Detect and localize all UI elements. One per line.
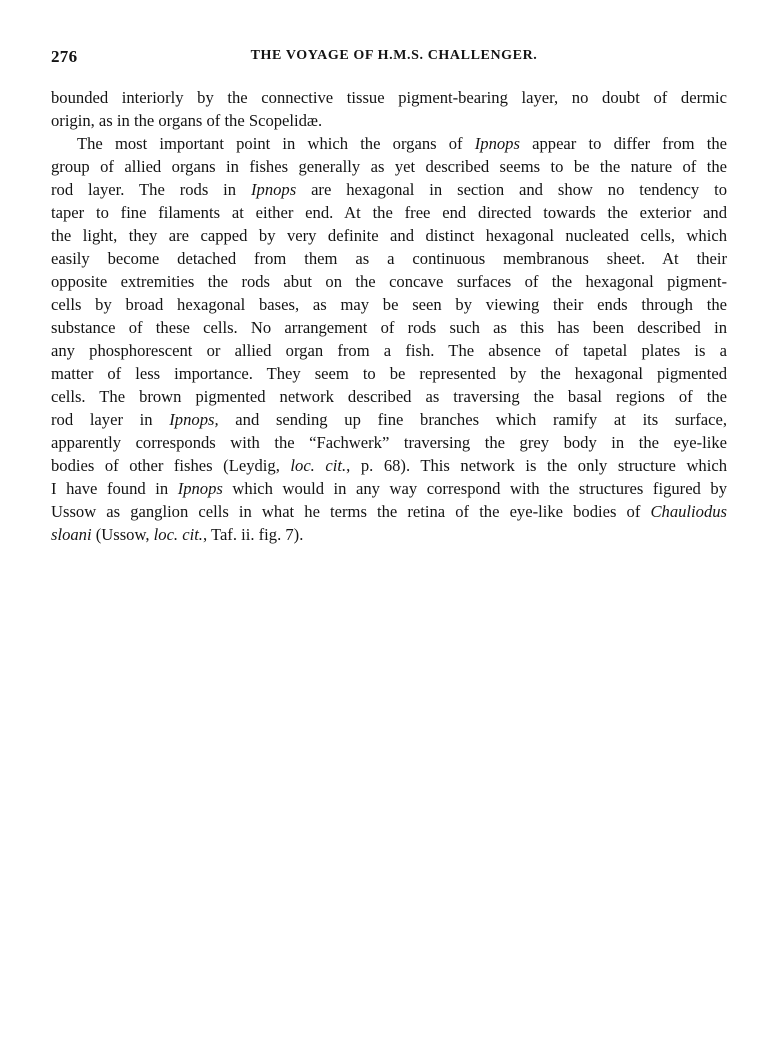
text-segment: rod layer in: [51, 410, 169, 429]
running-title: THE VOYAGE OF H.M.S. CHALLENGER.: [51, 48, 727, 64]
italic-term: loc. cit.: [154, 525, 203, 544]
text-segment: matter of less importance. They seem to …: [51, 364, 727, 383]
text-line: cells by broad hexagonal bases, as may b…: [51, 293, 727, 316]
document-page: 276 THE VOYAGE OF H.M.S. CHALLENGER. bou…: [51, 44, 727, 546]
text-segment: , p. 68). This network is the only struc…: [346, 456, 727, 475]
text-segment: origin, as in the organs of the Scopelid…: [51, 111, 322, 130]
page-header: 276 THE VOYAGE OF H.M.S. CHALLENGER.: [51, 44, 727, 72]
text-segment: are hexagonal in section and show no ten…: [296, 180, 727, 199]
text-line: the light, they are capped by very defin…: [51, 224, 727, 247]
text-segment: which would in any way correspond with t…: [223, 479, 727, 498]
text-segment: cells. The brown pigmented network descr…: [51, 387, 727, 406]
paragraph: The most important point in which the or…: [51, 132, 727, 546]
text-segment: cells by broad hexagonal bases, as may b…: [51, 295, 727, 314]
paragraph: bounded interiorly by the connective tis…: [51, 86, 727, 132]
text-line: matter of less importance. They seem to …: [51, 362, 727, 385]
italic-term: Ipnops: [178, 479, 223, 498]
text-segment: rod layer. The rods in: [51, 180, 251, 199]
italic-term: Ipnops: [475, 134, 520, 153]
text-segment: and sending up fine branches which ramif…: [219, 410, 727, 429]
text-segment: the light, they are capped by very defin…: [51, 226, 727, 245]
text-line: group of allied organs in fishes general…: [51, 155, 727, 178]
text-line: rod layer. The rods in Ipnops are hexago…: [51, 178, 727, 201]
text-line: bodies of other fishes (Leydig, loc. cit…: [51, 454, 727, 477]
text-segment: apparently corresponds with the “Fachwer…: [51, 433, 727, 452]
text-line: sloani (Ussow, loc. cit., Taf. ii. fig. …: [51, 523, 727, 546]
text-segment: group of allied organs in fishes general…: [51, 157, 727, 176]
text-line: rod layer in Ipnops, and sending up fine…: [51, 408, 727, 431]
text-line: cells. The brown pigmented network descr…: [51, 385, 727, 408]
text-segment: The most important point in which the or…: [77, 134, 475, 153]
text-segment: appear to differ from the: [520, 134, 727, 153]
text-line: taper to fine filaments at either end. A…: [51, 201, 727, 224]
text-segment: I have found in: [51, 479, 178, 498]
italic-term: Chauliodus: [650, 502, 727, 521]
text-segment: Ussow as ganglion cells in what he terms…: [51, 502, 650, 521]
text-line: apparently corresponds with the “Fachwer…: [51, 431, 727, 454]
body-text: bounded interiorly by the connective tis…: [51, 86, 727, 546]
text-line: The most important point in which the or…: [51, 132, 727, 155]
text-segment: (Ussow,: [92, 525, 154, 544]
text-segment: easily become detached from them as a co…: [51, 249, 727, 268]
italic-term: Ipnops: [251, 180, 296, 199]
text-line: substance of these cells. No arrangement…: [51, 316, 727, 339]
text-line: bounded interiorly by the connective tis…: [51, 86, 727, 109]
italic-term: Ipnops,: [169, 410, 218, 429]
text-segment: bounded interiorly by the connective tis…: [51, 88, 727, 107]
text-line: Ussow as ganglion cells in what he terms…: [51, 500, 727, 523]
text-line: origin, as in the organs of the Scopelid…: [51, 109, 727, 132]
italic-term: loc. cit.: [290, 456, 346, 475]
text-segment: taper to fine filaments at either end. A…: [51, 203, 727, 222]
text-segment: bodies of other fishes (Leydig,: [51, 456, 290, 475]
text-line: I have found in Ipnops which would in an…: [51, 477, 727, 500]
text-line: opposite extremities the rods abut on th…: [51, 270, 727, 293]
text-segment: any phosphorescent or allied organ from …: [51, 341, 727, 360]
text-segment: substance of these cells. No arrangement…: [51, 318, 727, 337]
italic-term: sloani: [51, 525, 92, 544]
text-segment: opposite extremities the rods abut on th…: [51, 272, 727, 291]
text-line: any phosphorescent or allied organ from …: [51, 339, 727, 362]
text-line: easily become detached from them as a co…: [51, 247, 727, 270]
text-segment: , Taf. ii. fig. 7).: [203, 525, 303, 544]
